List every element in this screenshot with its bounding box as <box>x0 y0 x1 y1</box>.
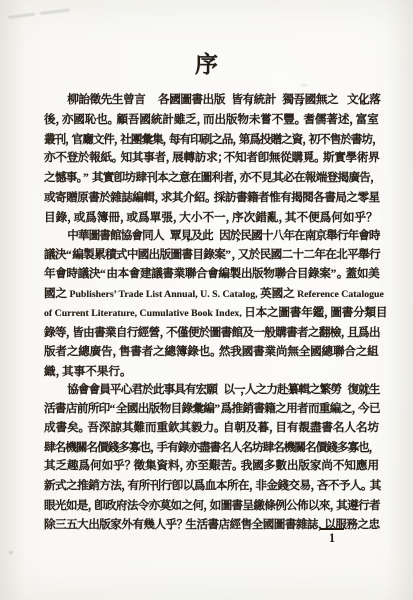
page-title: 序 <box>0 51 413 79</box>
watermark-smudge <box>40 8 70 14</box>
text-line: 亦不登於報紙。 知其事者，展轉訪求；不知者卽無從購覓。 斯實學術界 <box>44 149 378 169</box>
text-line: 肆名機關名價錢多寡也，手有錄亦盡書名人名坊肆名機關名價錢多寡也， <box>44 439 378 458</box>
text-line: 眼光如是，卽政府法令亦莫如之何，如圖書呈繳條例公佈以來，其遵行者 <box>44 497 378 516</box>
scan-artifact <box>301 84 308 86</box>
preface-text-block: 柳詒徵先生曾言：“各國圖書出版，皆有統計，獨吾國無之。 文化落後，亦國恥也。 顧… <box>44 91 378 535</box>
text-line: 年會時議決“由本會建議書業聯合會編製出版物聯合目錄案”。 蓋如美 <box>44 265 378 285</box>
text-line: 叢刊，官廳文件，社團彙集，每有印刷之品，第爲投贈之資，初不售於書坊， <box>44 131 378 150</box>
text-line: 活書店前所印“全國出版物目錄彙編”爲推銷書籍之用者而重編之，今已 <box>44 400 378 419</box>
text-line: 成書矣。 吾深諒其難而重欽其毅力。 自朝及暮，目有覩盡書名人名坊 <box>44 419 378 439</box>
text-line: 或寄贈原書於雜誌編輯，求其介紹。 採訪書籍者惟有揭閱各書局之零星 <box>44 189 378 209</box>
text-line: 目錄，或爲簿冊，或爲單張，大小不一，序次錯亂，其不便爲何如乎？ <box>44 209 378 228</box>
text-line: 之憾事。” 其實卽坊肆刊本之意在圖利者，亦不見其必在報端登揭廣告， <box>44 169 378 189</box>
watermark <box>7 0 71 25</box>
text-line: of Current Literature, Cumulative Book I… <box>44 304 378 324</box>
text-line: 其乏趣爲何如乎？ 徵集資料，亦至艱苦。 我國多數出版家尚不知應用 <box>44 457 378 477</box>
scan-artifact <box>9 551 13 554</box>
page-number: 1 <box>320 528 344 546</box>
text-line: 議決“編製累積式中國出版圖書目錄案”，又於民國二十二年在北平舉行 <box>44 246 378 265</box>
text-line: 版者之總廣告，售書者之總簿錄也。 然我國書業尚無全國總聯合之組 <box>44 343 378 363</box>
scanned-book-page: 序 柳詒徵先生曾言：“各國圖書出版，皆有統計，獨吾國無之。 文化落後，亦國恥也。… <box>0 0 413 600</box>
text-line: 國之 Publishers’ Trade List Annual, U. S. … <box>44 285 378 305</box>
text-line: 織，其事不果行。 <box>44 363 378 382</box>
text-line: 後，亦國恥也。 顧吾國統計雖乏，而出版物未嘗不豐。 耆儒著述，富室 <box>44 111 378 131</box>
text-line: 錄等，皆由書業自行經營，不僅便於圖書館及一般購書者之翻檢，且爲出 <box>44 324 378 343</box>
text-line: 新式之推銷方法，有所刊行卽以爲血本所在，非金錢交易，吝不予人。 其 <box>44 477 378 497</box>
text-line: 協會會員平心君於此事具有宏願，以一人之力赴纂輯之繁勞，復就生 <box>44 381 378 400</box>
text-line: 中華圖書館協會同人，覃見及此，因於民國十八年在南京舉行年會時 <box>44 227 378 246</box>
watermark-smudge <box>8 12 35 18</box>
text-line: 柳詒徵先生曾言：“各國圖書出版，皆有統計，獨吾國無之。 文化落 <box>44 91 378 111</box>
